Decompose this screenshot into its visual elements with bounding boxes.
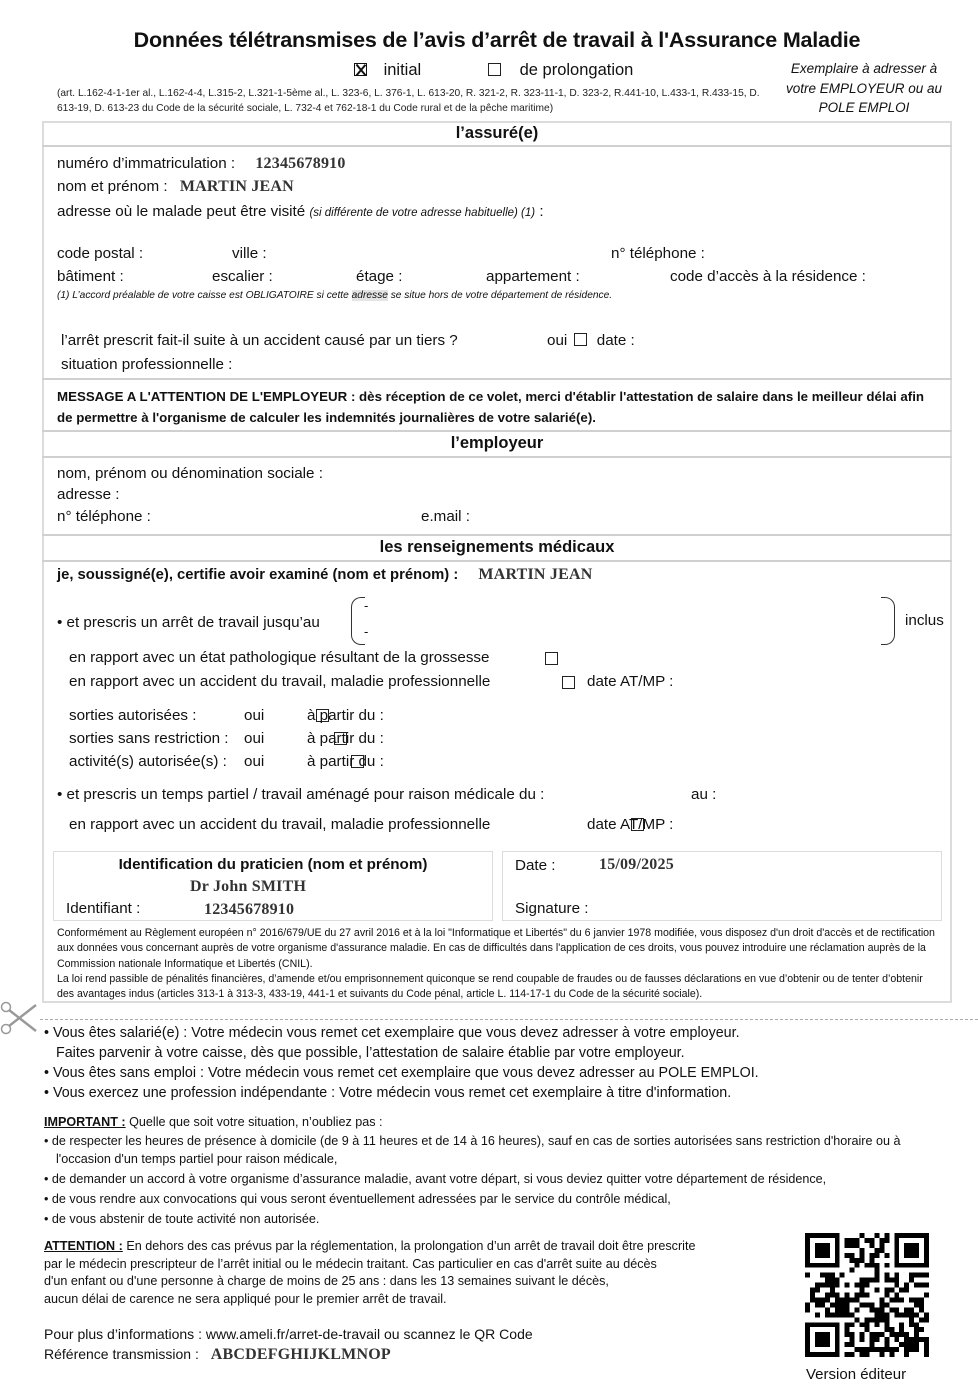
message-employeur: MESSAGE A L'ATTENTION DE L'EMPLOYEUR : d… (57, 386, 942, 428)
type-option-label: initial (384, 61, 422, 79)
a-partir-label: à partir du : (307, 730, 384, 747)
legal-references: (art. L.162-4-1-1er al., L.162-4-4, L.31… (57, 86, 767, 116)
oui-label: oui (244, 730, 264, 747)
important-item-cont: l'occasion d'un temps partiel pour raiso… (56, 1150, 337, 1169)
attention-label: ATTENTION : (44, 1239, 123, 1253)
checkbox-grossesse[interactable] (545, 652, 558, 665)
grossesse-label: en rapport avec un état pathologique rés… (69, 649, 489, 666)
attention-line: par le médecin prescripteur de l’arrêt i… (44, 1256, 695, 1274)
a-partir-label: à partir du : (307, 707, 384, 724)
code-acces-label: code d’accès à la résidence : (670, 268, 866, 285)
adresse-footnote: (1) L’accord préalable de votre caisse e… (57, 290, 612, 301)
praticien-title: Identification du praticien (nom et prén… (53, 856, 493, 873)
activites-autorisees-label: activité(s) autorisée(s) : (69, 753, 227, 770)
inclus-label: inclus (905, 612, 944, 629)
immatriculation-label: numéro d’immatriculation : (57, 155, 235, 172)
oui-label: oui (244, 707, 264, 724)
checkbox-prolongation[interactable] (488, 63, 501, 76)
date-value: 15/09/2025 (599, 856, 674, 874)
adresse-note: (si différente de votre adresse habituel… (309, 207, 535, 219)
employeur-telephone-label: n° téléphone : (57, 508, 151, 525)
instruction-salarie: • Vous êtes salarié(e) : Votre médecin v… (44, 1023, 740, 1043)
cut-line (40, 1019, 978, 1020)
footnote-highlight: adresse (352, 290, 388, 301)
section-title-employeur: l’employeur (44, 434, 950, 453)
employeur-email-label: e.mail : (421, 508, 470, 525)
section-title-assure: l’assuré(e) (44, 124, 950, 143)
arret-date-2: - (364, 624, 368, 639)
page-title: Données télétransmises de l’avis d’arrêt… (0, 28, 978, 53)
important-intro: IMPORTANT : Quelle que soit votre situat… (44, 1113, 383, 1132)
adresse-label: adresse où le malade peut être visité (57, 203, 305, 220)
atmp2-label: en rapport avec un accident du travail, … (69, 816, 490, 833)
important-item-text: de vous abstenir de toute activité non a… (52, 1212, 319, 1226)
divider (42, 456, 952, 458)
type-option-initial[interactable]: initial (354, 61, 421, 80)
employeur-nom-label: nom, prénom ou dénomination sociale : (57, 465, 323, 482)
certifie-label: je, soussigné(e), certifie avoir examiné… (57, 567, 458, 583)
bracket-left (351, 597, 365, 645)
colon: : (535, 203, 543, 220)
praticien-name: Dr John SMITH (190, 878, 306, 896)
attention-line: aucun délai de carence ne sera appliqué … (44, 1291, 695, 1309)
type-option-prolongation[interactable]: de prolongation (488, 61, 633, 80)
tiers-oui-option[interactable]: oui date : (547, 332, 635, 349)
sorties-autorisees-label: sorties autorisées : (69, 707, 196, 724)
reference-label: Référence transmission : (44, 1346, 199, 1362)
section-title-medical: les renseignements médicaux (44, 538, 950, 557)
sorties-sans-restriction-label: sorties sans restriction : (69, 730, 229, 747)
scissors-icon (0, 1001, 38, 1035)
batiment-label: bâtiment : (57, 268, 124, 285)
legal-notice: Conformément au Règlement européen n° 20… (57, 926, 942, 1002)
certifie-field: je, soussigné(e), certifie avoir examiné… (57, 566, 592, 584)
checkbox-initial[interactable] (354, 63, 367, 76)
atmp-date-label: date AT/MP : (587, 673, 673, 690)
situation-label: situation professionnelle : (61, 356, 232, 373)
temps-partiel-au-label: au : (691, 786, 716, 803)
important-item: • de respecter les heures de présence à … (44, 1132, 900, 1151)
instruction-independant: • Vous exercez une profession indépendan… (44, 1083, 731, 1103)
tiers-date-label: date : (597, 332, 635, 349)
escalier-label: escalier : (212, 268, 273, 285)
employeur-adresse-label: adresse : (57, 486, 119, 503)
fraude-notice: La loi rend passible de pénalités financ… (57, 972, 942, 1003)
attention-block: ATTENTION : En dehors des cas prévus par… (44, 1238, 695, 1308)
identifiant-value: 12345678910 (204, 901, 294, 919)
arret-date-1: - (364, 598, 368, 613)
version-label: Version éditeur (806, 1366, 906, 1383)
ville-label: ville : (232, 245, 267, 262)
certifie-value: MARTIN JEAN (478, 566, 592, 583)
important-item: • de vous rendre aux convocations qui vo… (44, 1190, 671, 1209)
telephone-label: n° téléphone : (611, 245, 705, 262)
oui-label: oui (547, 332, 567, 349)
attention-line: En dehors des cas prévus par la réglemen… (123, 1239, 696, 1253)
divider (42, 560, 952, 562)
adresse-visite-field: adresse où le malade peut être visité (s… (57, 203, 544, 220)
tiers-question: l’arrêt prescrit fait-il suite à un acci… (61, 332, 458, 349)
exemplaire-note: Exemplaire à adresser à votre EMPLOYEUR … (784, 59, 944, 118)
instruction-sans-emploi: • Vous êtes sans emploi : Votre médecin … (44, 1063, 759, 1083)
important-item: • de demander un accord à votre organism… (44, 1170, 826, 1189)
reference-value: ABCDEFGHIJKLMNOP (211, 1346, 391, 1363)
etage-label: étage : (356, 268, 402, 285)
nom-field: nom et prénom : MARTIN JEAN (57, 178, 294, 196)
footnote-text: (1) L’accord préalable de votre caisse e… (57, 290, 352, 301)
attention-line: d'un enfant ou d'une personne à charge d… (44, 1273, 695, 1291)
reference-transmission: Référence transmission : ABCDEFGHIJKLMNO… (44, 1346, 391, 1364)
divider (42, 378, 952, 380)
code-postal-label: code postal : (57, 245, 143, 262)
important-label: IMPORTANT : (44, 1115, 126, 1129)
checkbox-tiers[interactable] (574, 333, 587, 346)
atmp2-date-label: date AT/MP : (587, 816, 673, 833)
divider (42, 534, 952, 536)
important-intro-text: Quelle que soit votre situation, n’oubli… (126, 1115, 383, 1129)
immatriculation-value: 12345678910 (255, 155, 345, 172)
important-item-text: de respecter les heures de présence à do… (52, 1134, 901, 1148)
identifiant-label: Identifiant : (66, 900, 140, 917)
important-item-text: de vous rendre aux convocations qui vous… (52, 1192, 671, 1206)
checkbox-atmp[interactable] (562, 676, 575, 689)
arret-label: • et prescris un arrêt de travail jusqu’… (57, 614, 320, 631)
signature-label[interactable]: Signature : (515, 900, 588, 917)
divider (42, 430, 952, 432)
nom-value: MARTIN JEAN (180, 178, 294, 195)
footnote-text: se situe hors de votre département de ré… (388, 290, 612, 301)
temps-partiel-label: • et prescris un temps partiel / travail… (57, 786, 544, 803)
important-item-text: de demander un accord à votre organisme … (52, 1172, 826, 1186)
important-item: • de vous abstenir de toute activité non… (44, 1210, 319, 1229)
rgpd-notice: Conformément au Règlement européen n° 20… (57, 926, 942, 972)
atmp-label: en rapport avec un accident du travail, … (69, 673, 490, 690)
type-option-label: de prolongation (520, 61, 634, 79)
bracket-right (881, 597, 895, 645)
immatriculation-field: numéro d’immatriculation : 12345678910 (57, 155, 346, 173)
date-label: Date : (515, 857, 556, 874)
more-info-link[interactable]: Pour plus d’informations : www.ameli.fr/… (44, 1326, 533, 1342)
instruction-salarie-2: Faites parvenir à votre caisse, dès que … (56, 1043, 685, 1063)
appartement-label: appartement : (486, 268, 580, 285)
oui-label: oui (244, 753, 264, 770)
divider (42, 145, 952, 147)
a-partir-label: à partir du : (307, 753, 384, 770)
qr-code[interactable] (805, 1233, 929, 1357)
nom-label: nom et prénom : (57, 178, 168, 195)
